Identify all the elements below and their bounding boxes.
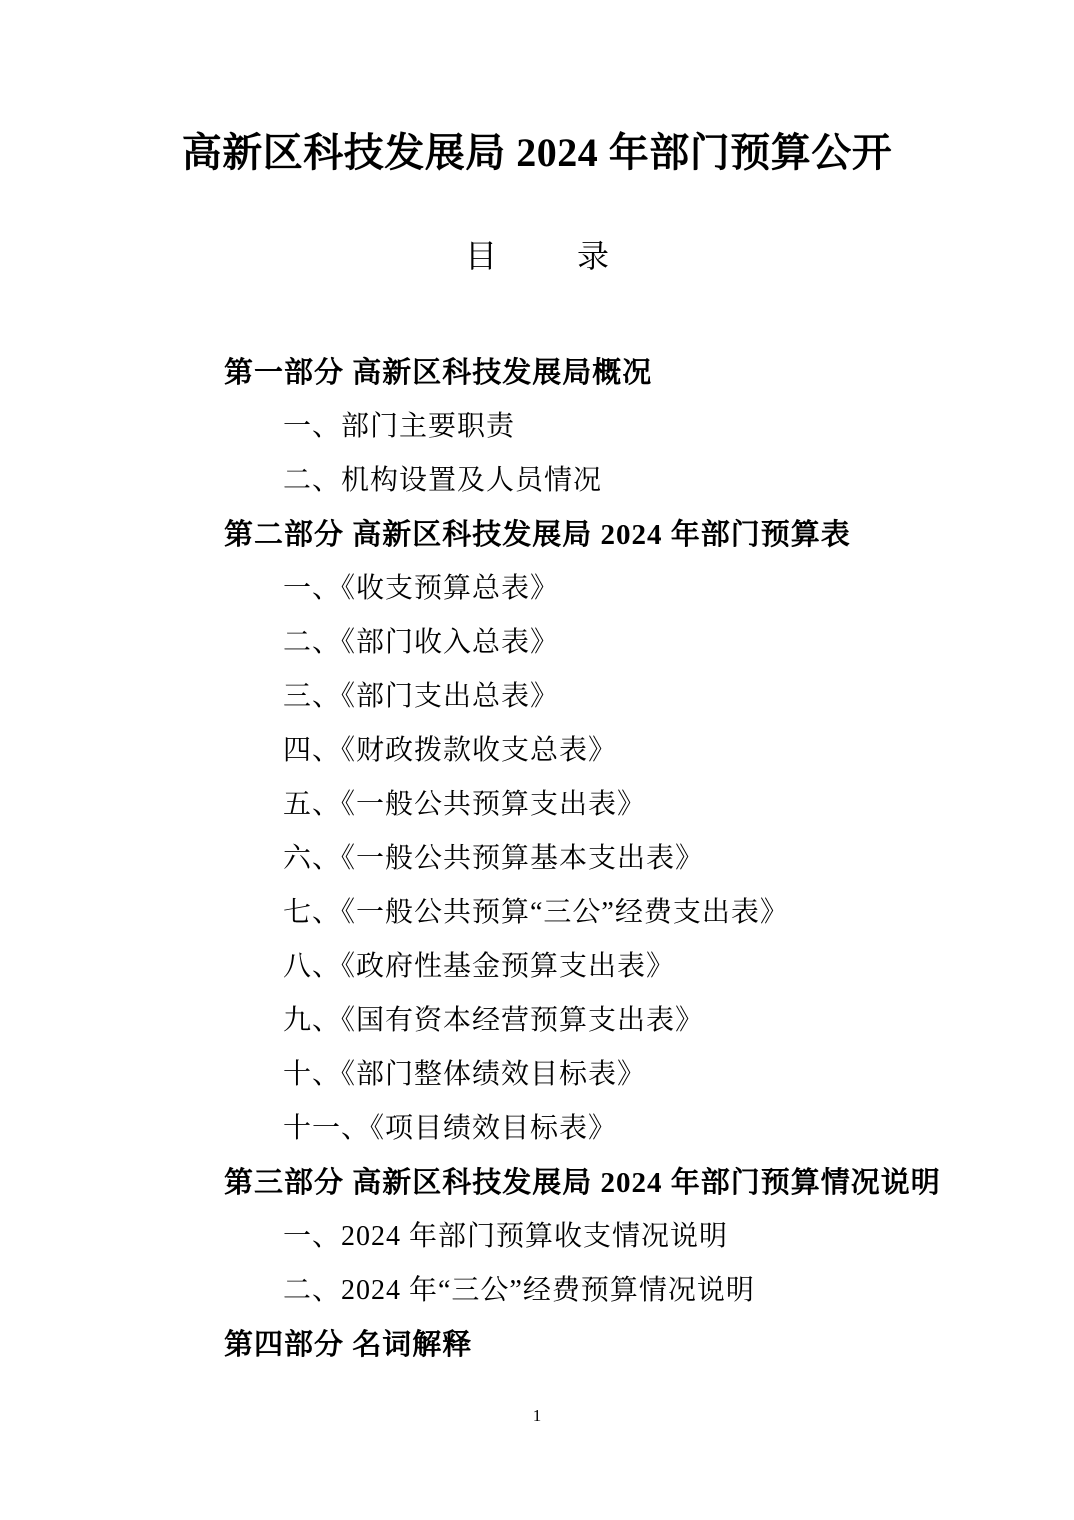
toc-item: 八、《政府性基金预算支出表》 [283, 937, 1074, 991]
toc-part-heading: 第四部分 名词解释 [224, 1315, 1074, 1369]
toc-item: 六、《一般公共预算基本支出表》 [283, 829, 1074, 883]
toc-part-heading: 第一部分 高新区科技发展局概况 [224, 343, 1074, 397]
toc-item: 九、《国有资本经营预算支出表》 [283, 991, 1074, 1045]
toc-item: 四、《财政拨款收支总表》 [283, 721, 1074, 775]
toc-part-heading: 第三部分 高新区科技发展局 2024 年部门预算情况说明 [224, 1153, 1074, 1207]
document-page: 高新区科技发展局 2024 年部门预算公开 目 录 第一部分 高新区科技发展局概… [0, 0, 1074, 1520]
toc-list: 第一部分 高新区科技发展局概况一、部门主要职责二、机构设置及人员情况第二部分 高… [0, 343, 1074, 1369]
toc-item: 二、机构设置及人员情况 [283, 451, 1074, 505]
toc-heading: 目 录 [0, 234, 1074, 278]
toc-item: 五、《一般公共预算支出表》 [283, 775, 1074, 829]
toc-item: 一、《收支预算总表》 [283, 559, 1074, 613]
toc-item: 一、2024 年部门预算收支情况说明 [283, 1207, 1074, 1261]
toc-item: 二、《部门收入总表》 [283, 613, 1074, 667]
toc-part-heading: 第二部分 高新区科技发展局 2024 年部门预算表 [224, 505, 1074, 559]
toc-item: 十、《部门整体绩效目标表》 [283, 1045, 1074, 1099]
document-title: 高新区科技发展局 2024 年部门预算公开 [0, 128, 1074, 178]
toc-item: 七、《一般公共预算“三公”经费支出表》 [283, 883, 1074, 937]
page-number: 1 [0, 1406, 1074, 1426]
toc-item: 三、《部门支出总表》 [283, 667, 1074, 721]
toc-item: 十一、《项目绩效目标表》 [283, 1099, 1074, 1153]
toc-item: 一、部门主要职责 [283, 397, 1074, 451]
toc-item: 二、2024 年“三公”经费预算情况说明 [283, 1261, 1074, 1315]
